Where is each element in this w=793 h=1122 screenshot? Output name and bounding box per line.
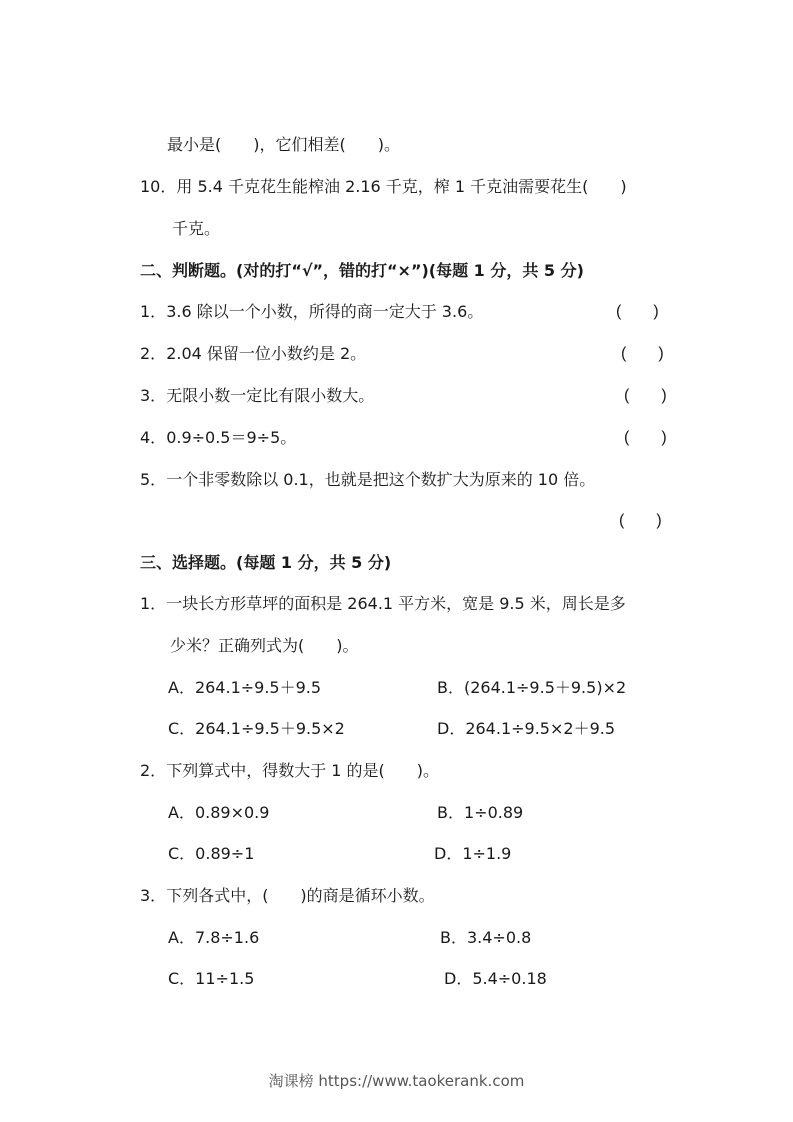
fill-in-q10-wrap: 千克。 — [172, 218, 220, 240]
option-3b[interactable]: B．3.4÷0.8 — [440, 927, 531, 949]
answer-blank-3[interactable]: ( ) — [624, 385, 667, 407]
question-number: 1． — [140, 594, 166, 613]
judgement-item-1: 1．3.6 除以一个小数，所得的商一定大于 3.6。 — [140, 301, 483, 323]
question-number: 10． — [140, 177, 176, 196]
option-1d[interactable]: D．264.1÷9.5×2＋9.5 — [437, 718, 615, 740]
choice-question-3: 3．下列各式中，( )的商是循环小数。 — [140, 885, 435, 907]
option-2d[interactable]: D．1÷1.9 — [434, 843, 511, 865]
option-2b[interactable]: B．1÷0.89 — [437, 802, 523, 824]
judgement-item-5: 5．一个非零数除以 0.1，也就是把这个数扩大为原来的 10 倍。 — [140, 469, 595, 491]
item-number: 1． — [140, 302, 166, 321]
option-3d[interactable]: D．5.4÷0.18 — [444, 968, 547, 990]
choice-question-1-wrap: 少米？正确列式为( )。 — [170, 635, 359, 657]
footer-watermark: 淘课榜 https://www.taokerank.com — [0, 1070, 793, 1091]
item-number: 2． — [140, 344, 166, 363]
item-text: 无限小数一定比有限小数大。 — [166, 386, 374, 405]
option-3c[interactable]: C．11÷1.5 — [168, 968, 254, 990]
item-number: 3． — [140, 386, 166, 405]
question-number: 2． — [140, 761, 166, 780]
question-text: 一块长方形草坪的面积是 264.1 平方米，宽是 9.5 米，周长是多 — [166, 594, 626, 613]
judgement-item-4: 4．0.9÷0.5＝9÷5。 — [140, 427, 296, 449]
answer-blank-1[interactable]: ( ) — [616, 301, 659, 323]
option-1a[interactable]: A．264.1÷9.5＋9.5 — [168, 677, 321, 699]
question-text: 下列算式中，得数大于 1 的是( )。 — [166, 761, 439, 780]
option-1c[interactable]: C．264.1÷9.5＋9.5×2 — [168, 718, 345, 740]
continuation-line: 最小是( )，它们相差( )。 — [167, 134, 400, 156]
question-text: 下列各式中，( )的商是循环小数。 — [166, 886, 435, 905]
choice-question-1: 1．一块长方形草坪的面积是 264.1 平方米，宽是 9.5 米，周长是多 — [140, 593, 626, 615]
judgement-item-3: 3．无限小数一定比有限小数大。 — [140, 385, 374, 407]
answer-blank-5[interactable]: ( ) — [619, 510, 662, 532]
answer-blank-4[interactable]: ( ) — [624, 427, 667, 449]
item-text: 3.6 除以一个小数，所得的商一定大于 3.6。 — [166, 302, 483, 321]
section-title-judgement: 二、判断题。(对的打“√”，错的打“×”)(每题 1 分，共 5 分) — [140, 260, 584, 282]
option-2a[interactable]: A．0.89×0.9 — [168, 802, 269, 824]
option-2c[interactable]: C．0.89÷1 — [168, 843, 254, 865]
item-number: 4． — [140, 428, 166, 447]
option-1b[interactable]: B．(264.1÷9.5＋9.5)×2 — [437, 677, 626, 699]
question-number: 3． — [140, 886, 166, 905]
choice-question-2: 2．下列算式中，得数大于 1 的是( )。 — [140, 760, 439, 782]
item-number: 5． — [140, 470, 166, 489]
item-text: 2.04 保留一位小数约是 2。 — [166, 344, 366, 363]
answer-blank-2[interactable]: ( ) — [621, 343, 664, 365]
section-title-choice: 三、选择题。(每题 1 分，共 5 分) — [140, 552, 391, 574]
question-text: 用 5.4 千克花生能榨油 2.16 千克，榨 1 千克油需要花生( ) — [176, 177, 626, 196]
item-text: 一个非零数除以 0.1，也就是把这个数扩大为原来的 10 倍。 — [166, 470, 595, 489]
option-3a[interactable]: A．7.8÷1.6 — [168, 927, 259, 949]
judgement-item-2: 2．2.04 保留一位小数约是 2。 — [140, 343, 366, 365]
fill-in-q10: 10．用 5.4 千克花生能榨油 2.16 千克，榨 1 千克油需要花生( ) — [140, 176, 627, 198]
item-text: 0.9÷0.5＝9÷5。 — [166, 428, 296, 447]
